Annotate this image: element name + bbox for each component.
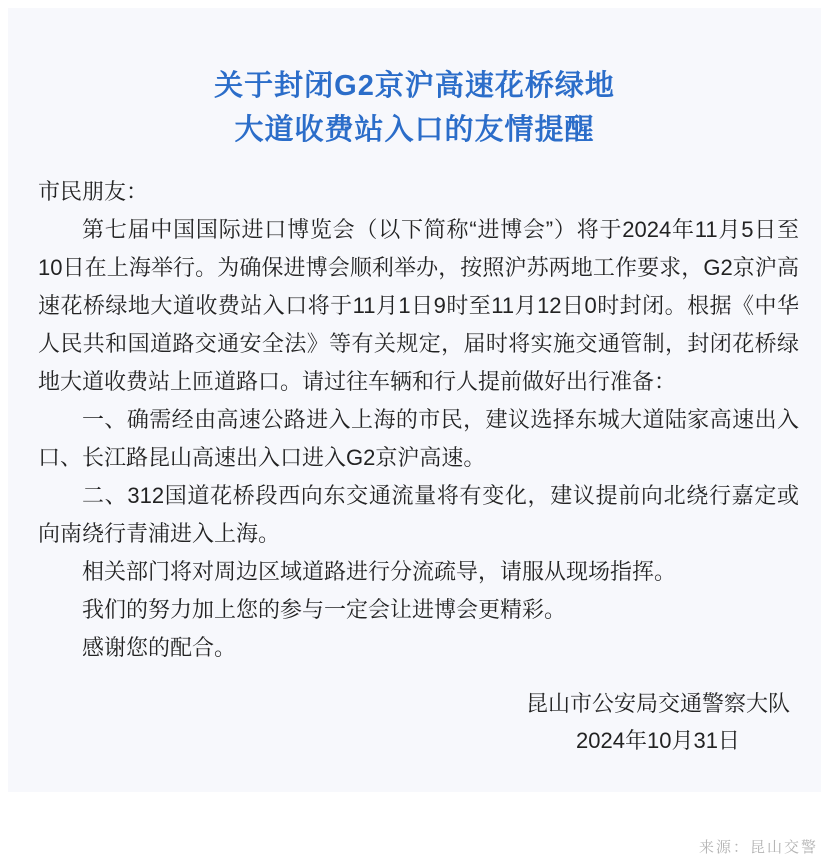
paragraph-item-2: 二、312国道花桥段西向东交通流量将有变化，建议提前向北绕行嘉定或向南绕行青浦进…: [38, 477, 799, 553]
notice-card: 关于封闭G2京沪高速花桥绿地 大道收费站入口的友情提醒 市民朋友： 第七届中国国…: [8, 8, 821, 792]
paragraph-thanks: 感谢您的配合。: [38, 629, 799, 667]
notice-title: 关于封闭G2京沪高速花桥绿地 大道收费站入口的友情提醒: [8, 64, 821, 152]
salutation: 市民朋友：: [38, 173, 799, 211]
paragraph-encouragement: 我们的努力加上您的参与一定会让进博会更精彩。: [38, 591, 799, 629]
source-attribution: 来源：昆山交警: [699, 836, 818, 857]
notice-body: 市民朋友： 第七届中国国际进口博览会（以下简称“进博会”）将于2024年11月5…: [8, 173, 821, 667]
notice-title-line-2: 大道收费站入口的友情提醒: [8, 108, 821, 152]
signature-block: 昆山市公安局交通警察大队 2024年10月31日: [526, 685, 790, 759]
signature-date: 2024年10月31日: [526, 722, 790, 759]
paragraph-diversion: 相关部门将对周边区域道路进行分流疏导，请服从现场指挥。: [38, 553, 799, 591]
signature-organization: 昆山市公安局交通警察大队: [526, 685, 790, 722]
notice-title-line-1: 关于封闭G2京沪高速花桥绿地: [8, 64, 821, 108]
paragraph-intro: 第七届中国国际进口博览会（以下简称“进博会”）将于2024年11月5日至10日在…: [38, 211, 799, 401]
notice-page: 关于封闭G2京沪高速花桥绿地 大道收费站入口的友情提醒 市民朋友： 第七届中国国…: [0, 0, 834, 864]
paragraph-item-1: 一、确需经由高速公路进入上海的市民，建议选择东城大道陆家高速出入口、长江路昆山高…: [38, 401, 799, 477]
